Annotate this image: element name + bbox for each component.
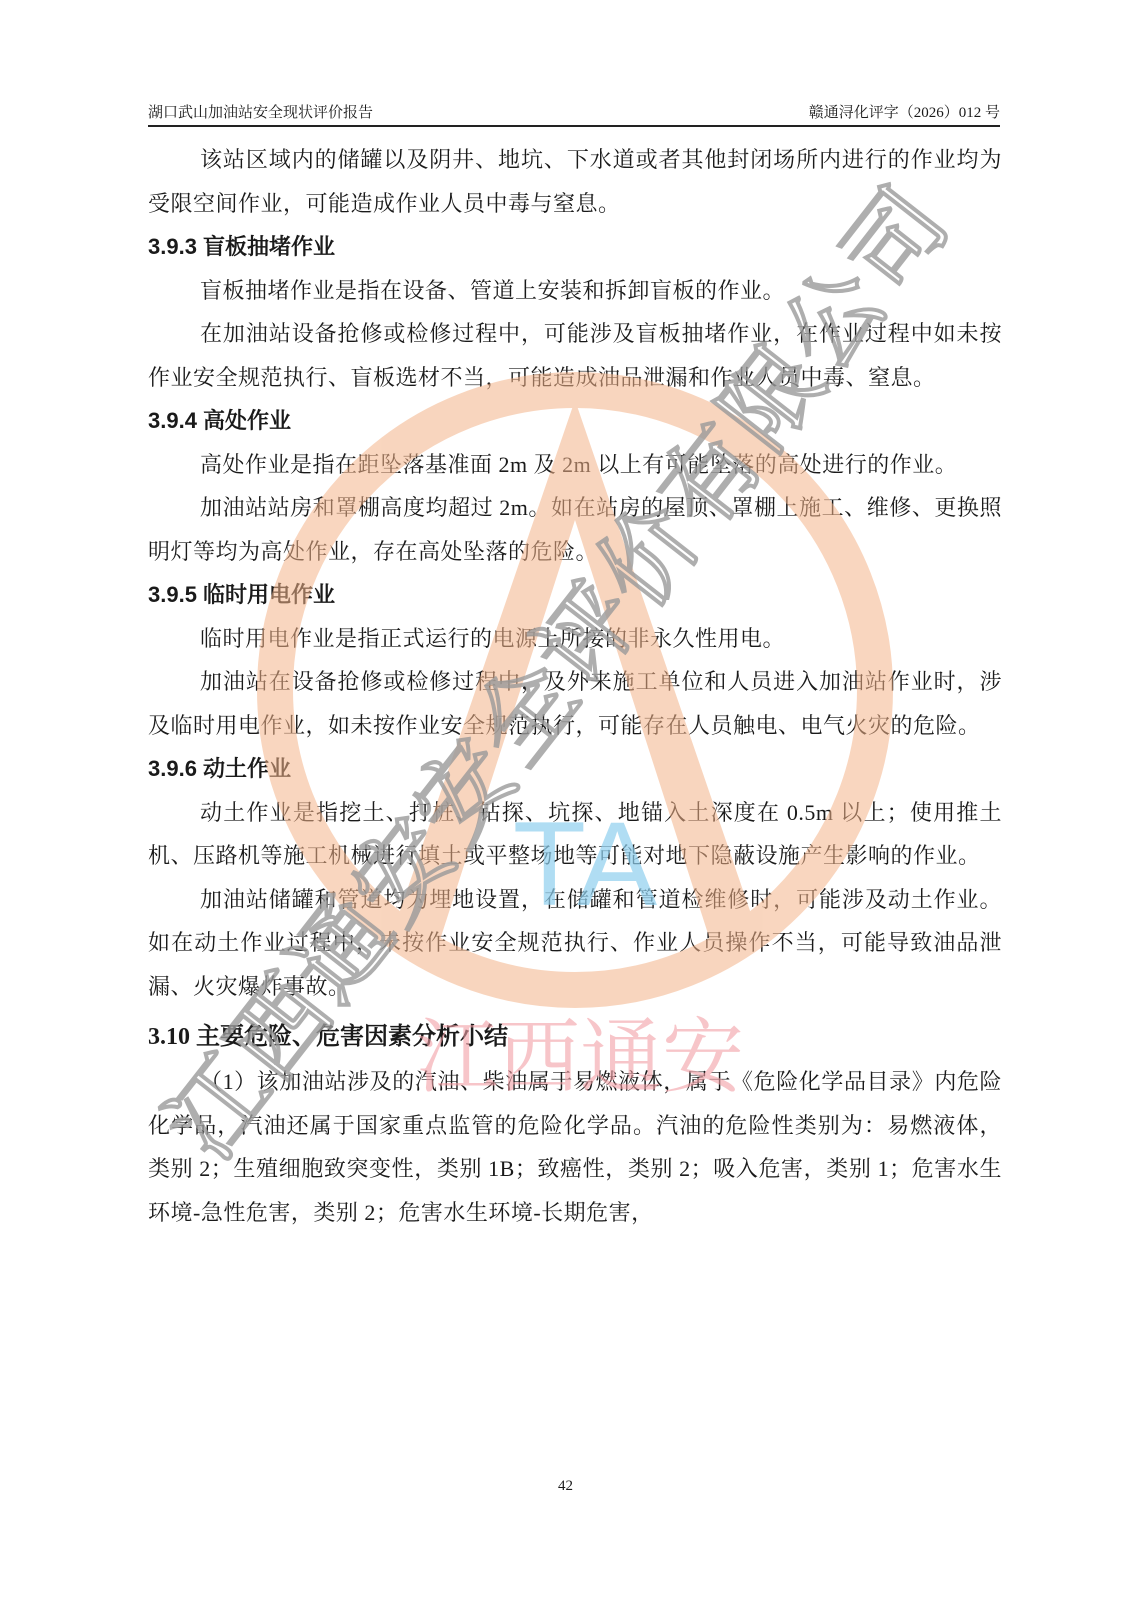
paragraph: 加油站在设备抢修或检修过程中，及外来施工单位和人员进入加油站作业时，涉及临时用电… bbox=[148, 660, 1002, 747]
paragraph: 加油站储罐和管道均为埋地设置，在储罐和管道检维修时，可能涉及动土作业。如在动土作… bbox=[148, 878, 1002, 1009]
paragraph: 该站区域内的储罐以及阴井、地坑、下水道或者其他封闭场所内进行的作业均为受限空间作… bbox=[148, 138, 1002, 225]
section-heading-3-9-5: 3.9.5 临时用电作业 bbox=[148, 573, 1002, 617]
section-heading-3-9-3: 3.9.3 盲板抽堵作业 bbox=[148, 225, 1002, 269]
document-page: 湖口武山加油站安全现状评价报告 赣通浔化评字（2026）012 号 该站区域内的… bbox=[0, 0, 1131, 1600]
page-number: 42 bbox=[0, 1478, 1131, 1495]
page-header: 湖口武山加油站安全现状评价报告 赣通浔化评字（2026）012 号 bbox=[148, 96, 1000, 127]
page-content: 该站区域内的储罐以及阴井、地坑、下水道或者其他封闭场所内进行的作业均为受限空间作… bbox=[148, 138, 1002, 1234]
report-title: 湖口武山加油站安全现状评价报告 bbox=[148, 101, 373, 122]
paragraph: 高处作业是指在距坠落基准面 2m 及 2m 以上有可能坠落的高处进行的作业。 bbox=[148, 443, 1002, 487]
paragraph: 临时用电作业是指正式运行的电源上所接的非永久性用电。 bbox=[148, 617, 1002, 661]
paragraph: 在加油站设备抢修或检修过程中，可能涉及盲板抽堵作业，在作业过程中如未按作业安全规… bbox=[148, 312, 1002, 399]
section-heading-3-9-4: 3.9.4 高处作业 bbox=[148, 399, 1002, 443]
paragraph: （1）该加油站涉及的汽油、柴油属于易燃液体，属于《危险化学品目录》内危险化学品，… bbox=[148, 1060, 1002, 1234]
section-heading-3-10: 3.10 主要危险、危害因素分析小结 bbox=[148, 1014, 1002, 1060]
section-heading-3-9-6: 3.9.6 动土作业 bbox=[148, 747, 1002, 791]
document-number: 赣通浔化评字（2026）012 号 bbox=[809, 101, 1000, 122]
paragraph: 动土作业是指挖土、打桩、钻探、坑探、地锚入土深度在 0.5m 以上；使用推土机、… bbox=[148, 791, 1002, 878]
paragraph: 盲板抽堵作业是指在设备、管道上安装和拆卸盲板的作业。 bbox=[148, 269, 1002, 313]
paragraph: 加油站站房和罩棚高度均超过 2m。如在站房的屋顶、罩棚上施工、维修、更换照明灯等… bbox=[148, 486, 1002, 573]
